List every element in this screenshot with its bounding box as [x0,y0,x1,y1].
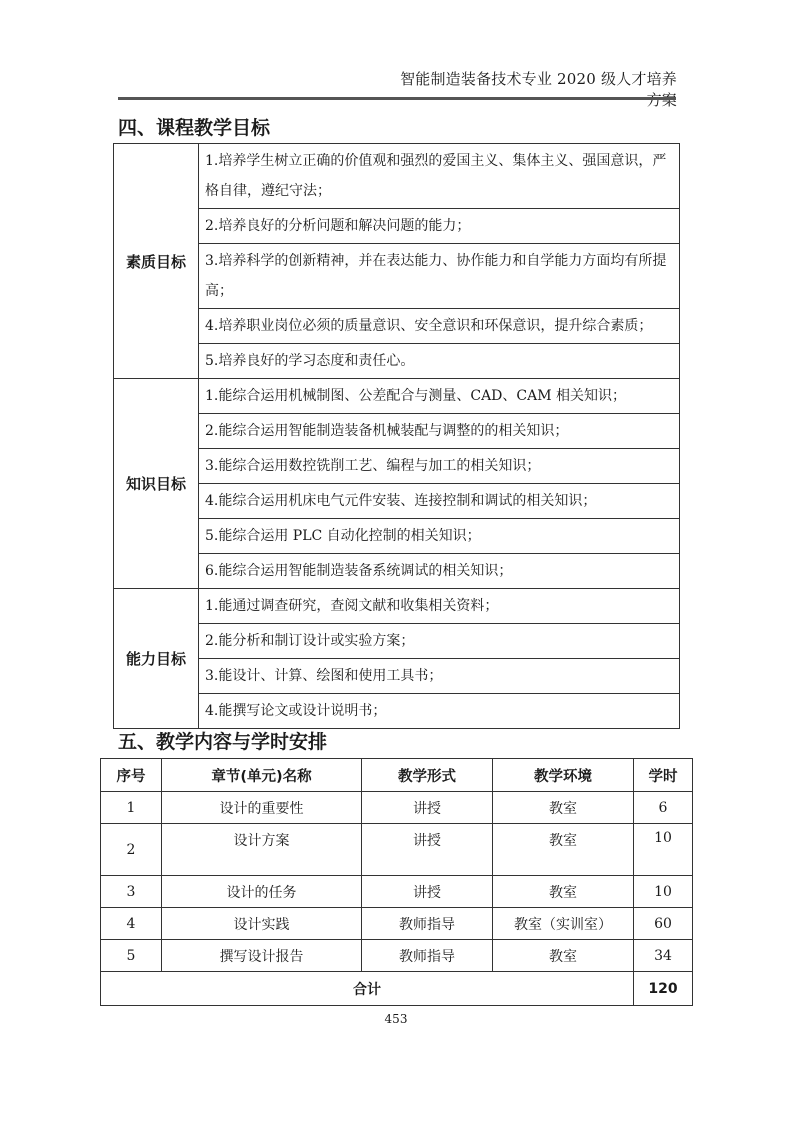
cell-hours: 10 [634,824,693,876]
section-title-course-goals: 四、课程教学目标 [118,113,270,140]
table-row: 2 设计方案 讲授 教室 10 [101,824,693,876]
table-row: 能力目标 1.能通过调查研究，查阅文献和收集相关资料； [114,589,680,624]
cell-form: 讲授 [362,876,493,908]
cell-index: 2 [101,824,162,876]
table-row: 3.能设计、计算、绘图和使用工具书； [114,659,680,694]
goal-item: 4.能综合运用机床电气元件安装、连接控制和调试的相关知识； [199,484,680,519]
goal-category: 知识目标 [114,379,199,589]
goal-item: 6.能综合运用智能制造装备系统调试的相关知识； [199,554,680,589]
cell-index: 1 [101,792,162,824]
cell-form: 讲授 [362,792,493,824]
table-row: 1 设计的重要性 讲授 教室 6 [101,792,693,824]
table-row: 4.能综合运用机床电气元件安装、连接控制和调试的相关知识； [114,484,680,519]
cell-index: 5 [101,940,162,972]
table-row: 5.能综合运用 PLC 自动化控制的相关知识； [114,519,680,554]
goal-item: 3.培养科学的创新精神，并在表达能力、协作能力和自学能力方面均有所提高； [199,244,680,309]
document-header-title: 智能制造装备技术专业 2020 级人才培养方案 [385,68,677,110]
goal-item: 2.能综合运用智能制造装备机械装配与调整的的相关知识； [199,414,680,449]
goal-item: 5.培养良好的学习态度和责任心。 [199,344,680,379]
cell-chapter: 撰写设计报告 [162,940,362,972]
total-label: 合计 [101,972,634,1006]
goal-item: 5.能综合运用 PLC 自动化控制的相关知识； [199,519,680,554]
table-row: 4.培养职业岗位必须的质量意识、安全意识和环保意识，提升综合素质； [114,309,680,344]
table-row: 素质目标 1.培养学生树立正确的价值观和强烈的爱国主义、集体主义、强国意识，严格… [114,144,680,209]
table-row: 5.培养良好的学习态度和责任心。 [114,344,680,379]
table-row: 6.能综合运用智能制造装备系统调试的相关知识； [114,554,680,589]
column-header: 教学形式 [362,759,493,792]
column-header: 学时 [634,759,693,792]
cell-form: 教师指导 [362,940,493,972]
table-row: 2.培养良好的分析问题和解决问题的能力； [114,209,680,244]
cell-hours: 6 [634,792,693,824]
cell-form: 讲授 [362,824,493,876]
schedule-table: 序号 章节(单元)名称 教学形式 教学环境 学时 1 设计的重要性 讲授 教室 … [100,758,693,1006]
cell-chapter: 设计实践 [162,908,362,940]
cell-index: 3 [101,876,162,908]
section-title-schedule: 五、教学内容与学时安排 [118,727,327,754]
table-row: 2.能综合运用智能制造装备机械装配与调整的的相关知识； [114,414,680,449]
cell-environment: 教室（实训室） [493,908,634,940]
table-row: 4.能撰写论文或设计说明书； [114,694,680,729]
cell-environment: 教室 [493,792,634,824]
goal-item: 3.能综合运用数控铣削工艺、编程与加工的相关知识； [199,449,680,484]
table-row: 5 撰写设计报告 教师指导 教室 34 [101,940,693,972]
cell-hours: 60 [634,908,693,940]
cell-form: 教师指导 [362,908,493,940]
goal-item: 4.能撰写论文或设计说明书； [199,694,680,729]
table-row: 3 设计的任务 讲授 教室 10 [101,876,693,908]
cell-chapter: 设计的重要性 [162,792,362,824]
table-total-row: 合计 120 [101,972,693,1006]
cell-environment: 教室 [493,824,634,876]
header-divider [118,97,676,100]
table-header-row: 序号 章节(单元)名称 教学形式 教学环境 学时 [101,759,693,792]
column-header: 章节(单元)名称 [162,759,362,792]
total-hours: 120 [634,972,693,1006]
goal-item: 3.能设计、计算、绘图和使用工具书； [199,659,680,694]
cell-chapter: 设计方案 [162,824,362,876]
column-header: 教学环境 [493,759,634,792]
table-row: 4 设计实践 教师指导 教室（实训室） 60 [101,908,693,940]
cell-hours: 10 [634,876,693,908]
goal-item: 2.能分析和制订设计或实验方案； [199,624,680,659]
page-number: 453 [376,1012,416,1026]
cell-index: 4 [101,908,162,940]
cell-hours: 34 [634,940,693,972]
goal-item: 2.培养良好的分析问题和解决问题的能力； [199,209,680,244]
course-goals-table: 素质目标 1.培养学生树立正确的价值观和强烈的爱国主义、集体主义、强国意识，严格… [113,143,680,729]
table-row: 知识目标 1.能综合运用机械制图、公差配合与测量、CAD、CAM 相关知识； [114,379,680,414]
column-header: 序号 [101,759,162,792]
goal-item: 1.培养学生树立正确的价值观和强烈的爱国主义、集体主义、强国意识，严格自律，遵纪… [199,144,680,209]
goal-category: 素质目标 [114,144,199,379]
table-row: 3.培养科学的创新精神，并在表达能力、协作能力和自学能力方面均有所提高； [114,244,680,309]
goal-item: 4.培养职业岗位必须的质量意识、安全意识和环保意识，提升综合素质； [199,309,680,344]
cell-environment: 教室 [493,940,634,972]
table-row: 2.能分析和制订设计或实验方案； [114,624,680,659]
goal-item: 1.能综合运用机械制图、公差配合与测量、CAD、CAM 相关知识； [199,379,680,414]
table-row: 3.能综合运用数控铣削工艺、编程与加工的相关知识； [114,449,680,484]
cell-chapter: 设计的任务 [162,876,362,908]
goal-category: 能力目标 [114,589,199,729]
goal-item: 1.能通过调查研究，查阅文献和收集相关资料； [199,589,680,624]
cell-environment: 教室 [493,876,634,908]
